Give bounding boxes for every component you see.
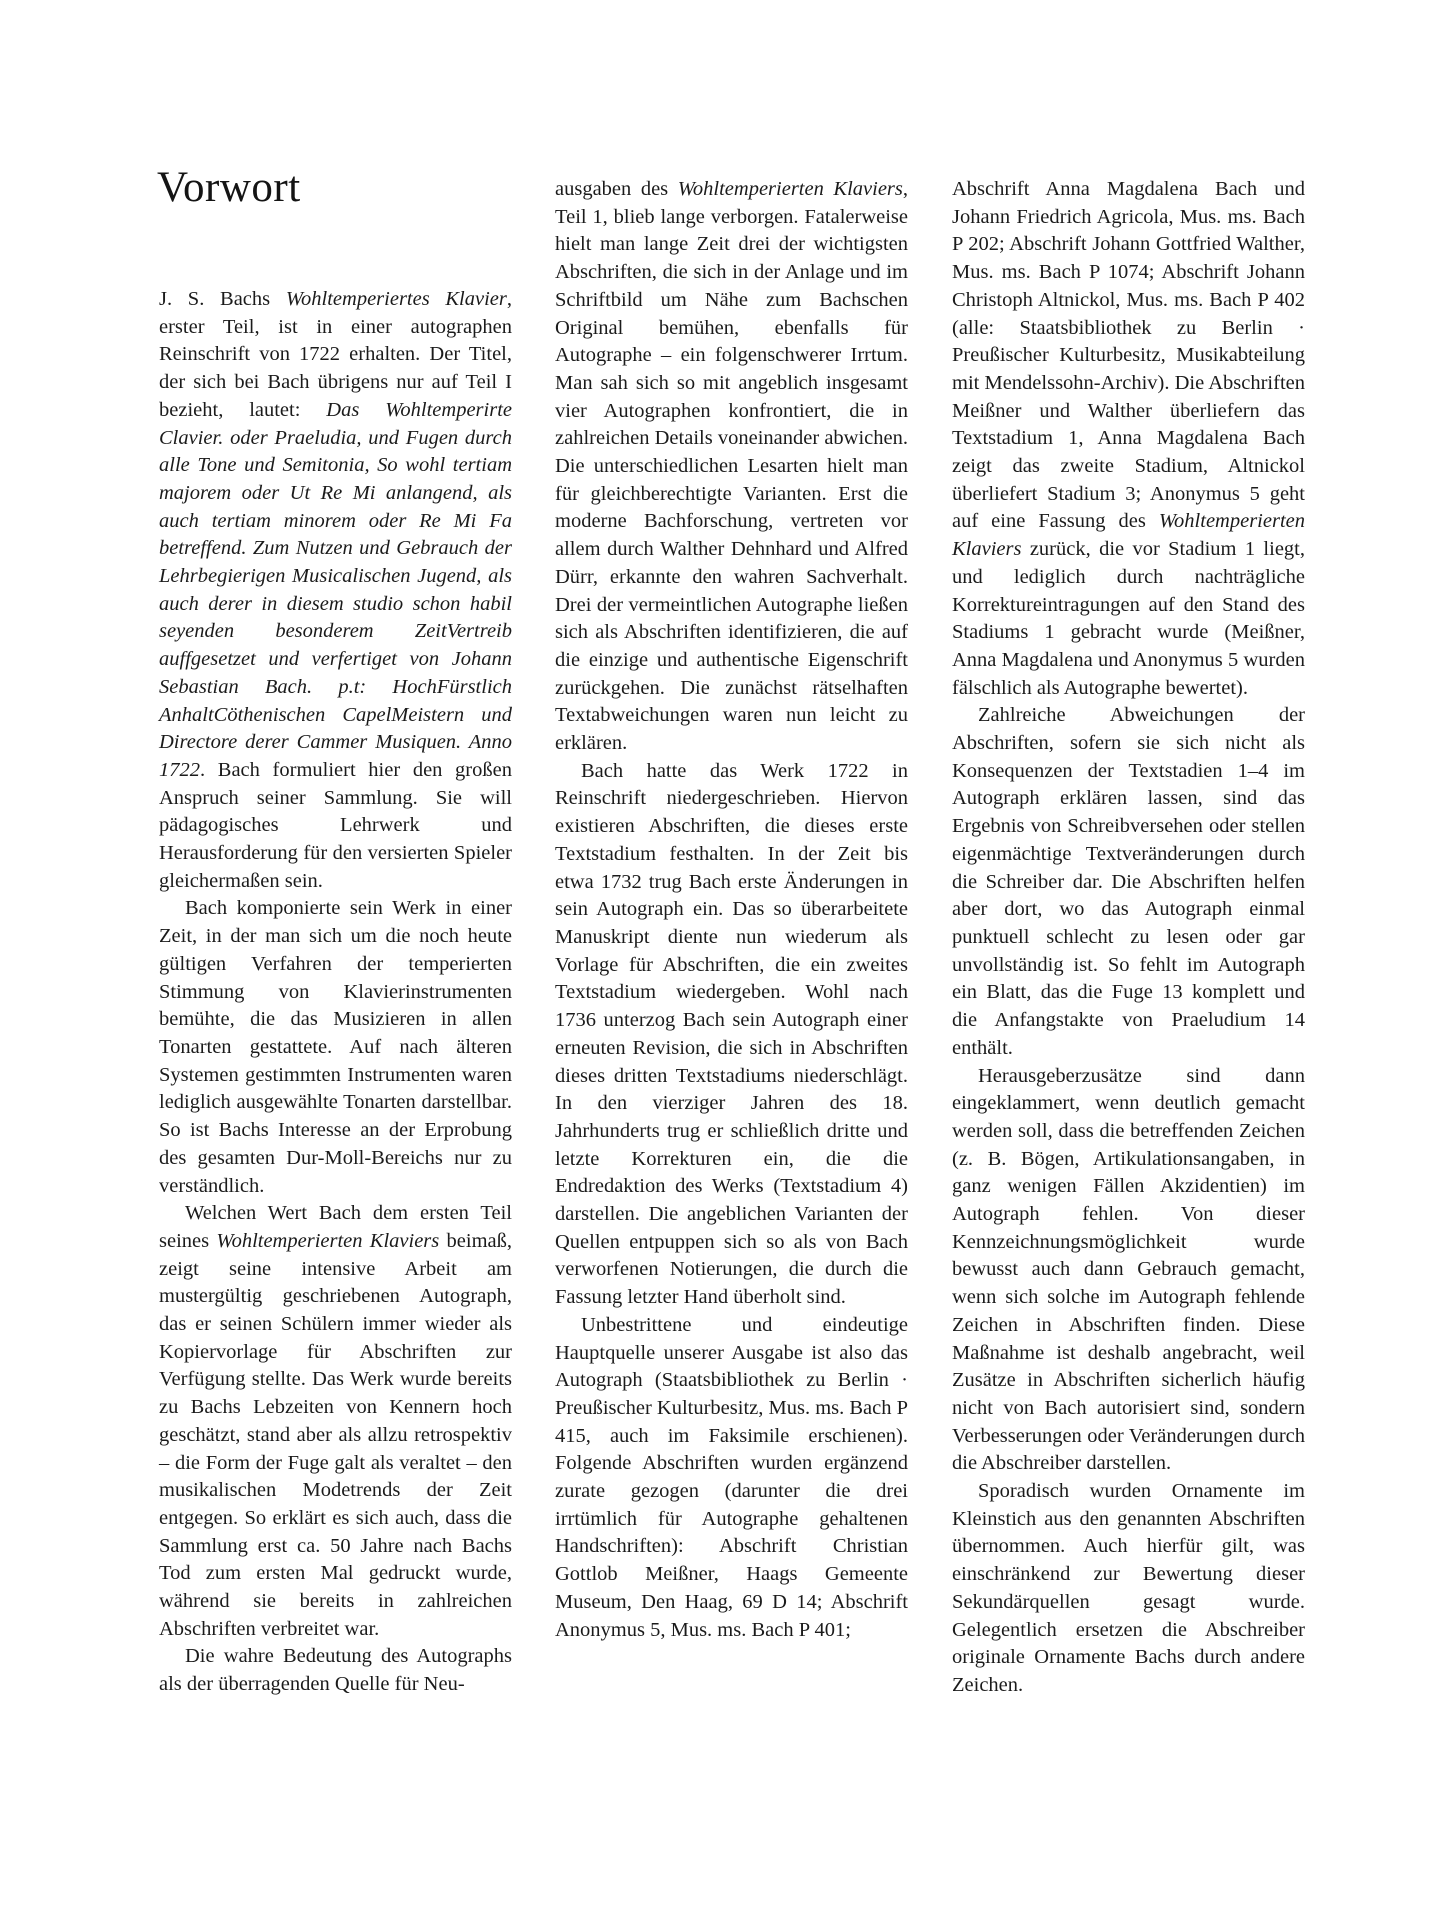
text-run: Sporadisch wurden Ornamente im Kleinstic… [952,1480,1305,1696]
paragraph: Bach komponierte sein Werk in einer Zeit… [159,895,512,1200]
paragraph: Herausgeberzusätze sind dann eingeklamme… [952,1063,1305,1479]
text-run: beimaß, zeigt seine intensive Arbeit am … [159,1230,512,1640]
italic-text-run: Wohltemperierten Klaviers [678,178,903,200]
italic-text-run: Wohltemperiertes Klavier [286,288,507,310]
text-run: , Teil 1, blieb lange verborgen. Fataler… [555,178,908,754]
italic-text-run: Wohltemperierten Klaviers [216,1230,439,1252]
text-run: zurück, die vor Stadium 1 liegt, und led… [952,538,1305,699]
paragraph: Zahlreiche Abweichungen der Abschriften,… [952,702,1305,1062]
paragraph: Welchen Wert Bach dem ersten Teil seines… [159,1200,512,1643]
text-run: . Bach formuliert hier den großen Anspru… [159,759,512,892]
text-run: Herausgeberzusätze sind dann eingeklamme… [952,1065,1305,1475]
page-title: Vorwort [157,163,301,212]
paragraph: Unbestrittene und eindeutige Hauptquelle… [555,1312,908,1644]
paragraph: Sporadisch wurden Ornamente im Kleinstic… [952,1478,1305,1700]
text-run: Bach komponierte sein Werk in einer Zeit… [159,897,512,1196]
text-run: ausgaben des [555,178,678,200]
text-column-1: J. S. Bachs Wohltemperiertes Klavier, er… [159,286,512,1699]
paragraph: ausgaben des Wohltemperierten Klaviers, … [555,176,908,758]
text-column-2: ausgaben des Wohltemperierten Klaviers, … [555,176,908,1644]
paragraph: Die wahre Bedeutung des Autographs als d… [159,1643,512,1698]
text-column-3: Abschrift Anna Magdalena Bach und Johann… [952,176,1305,1700]
preface-page: Vorwort J. S. Bachs Wohltemperiertes Kla… [0,0,1445,1907]
italic-text-run: Das Wohltemperirte Clavier. oder Praelud… [159,399,512,781]
text-run: J. S. Bachs [159,288,286,310]
text-run: Die wahre Bedeutung des Autographs als d… [159,1645,512,1695]
paragraph: J. S. Bachs Wohltemperiertes Klavier, er… [159,286,512,895]
text-run: Abschrift Anna Magdalena Bach und Johann… [952,178,1305,532]
text-run: Bach hatte das Werk 1722 in Reinschrift … [555,760,908,1308]
text-run: Zahlreiche Abweichungen der Abschriften,… [952,704,1305,1058]
paragraph: Abschrift Anna Magdalena Bach und Johann… [952,176,1305,702]
paragraph: Bach hatte das Werk 1722 in Reinschrift … [555,758,908,1312]
text-run: Unbestrittene und eindeutige Hauptquelle… [555,1314,908,1641]
